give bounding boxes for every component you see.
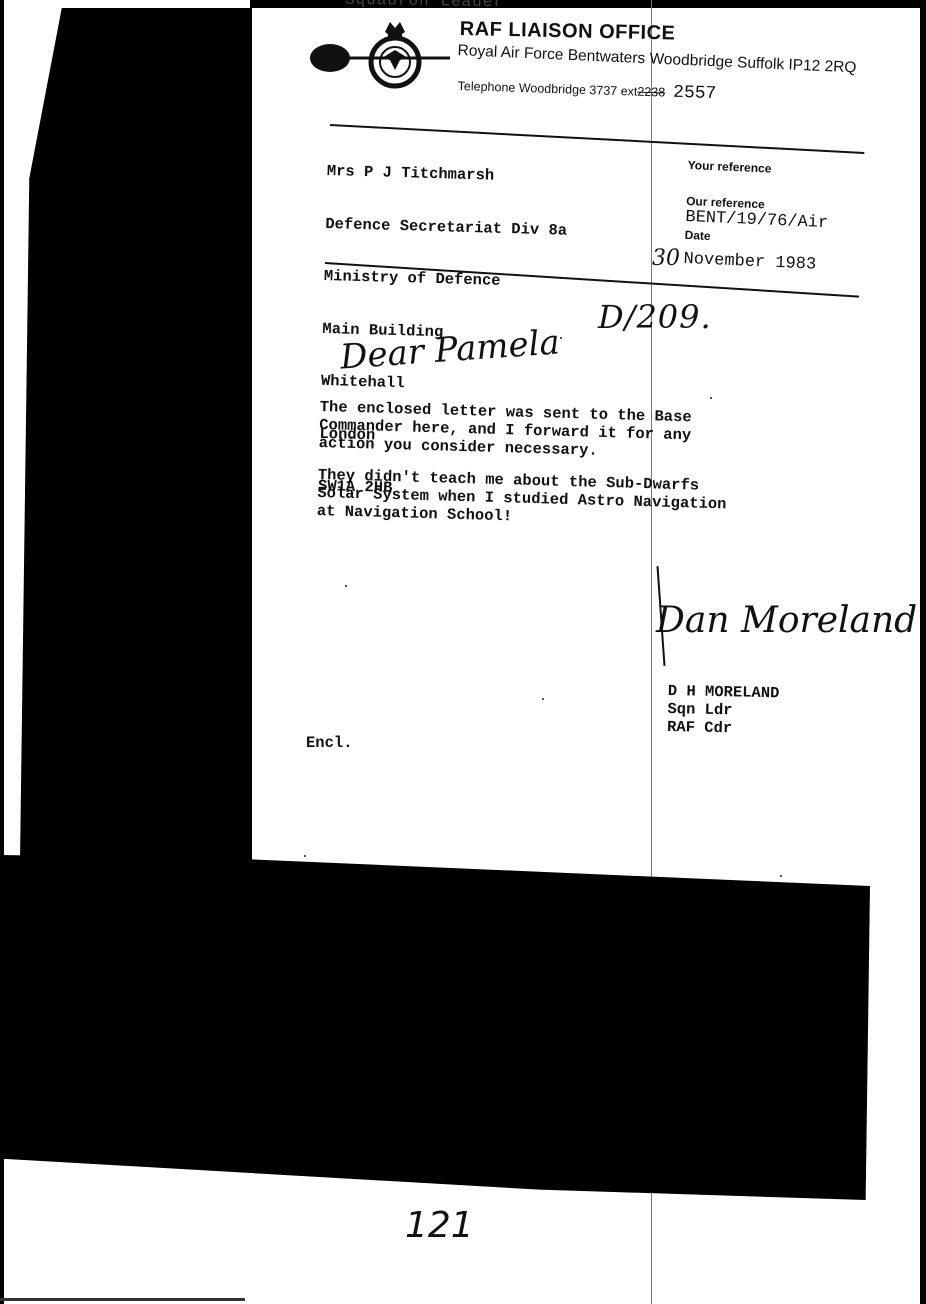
phone-ext-struck: 2238 <box>637 85 665 100</box>
scan-right-border <box>920 0 926 1304</box>
office-title: RAF LIAISON OFFICE <box>460 18 676 46</box>
scanned-letter-page: Squadron Leader RAF LIAISON OFFICE Royal… <box>0 0 926 1304</box>
body-paragraph: They didn't teach me about the Sub-Dwarf… <box>317 466 728 531</box>
office-phone: Telephone Woodbridge 3737 ext22382557 <box>457 76 716 104</box>
file-number-annotation: D/209. <box>598 298 712 336</box>
enclosure-note: Encl. <box>306 734 353 752</box>
addressee-line: Mrs P J Titchmarsh <box>327 163 569 187</box>
your-reference-label: Your reference <box>687 158 771 176</box>
scan-speckle <box>710 397 712 399</box>
scan-speckle <box>560 337 562 339</box>
phone-prefix: Telephone Woodbridge 3737 ext <box>457 79 637 99</box>
scan-speckle <box>345 585 347 587</box>
page-number-annotation: 121 <box>405 1205 474 1246</box>
phone-ext-handwritten: 2557 <box>673 83 717 104</box>
scan-speckle <box>542 698 544 700</box>
office-address: Royal Air Force Bentwaters Woodbridge Su… <box>457 42 857 77</box>
date-day-handwritten: 30 <box>652 246 680 271</box>
raf-crest-icon <box>290 10 460 90</box>
date-label: Date <box>684 228 711 243</box>
redaction-block-bottom <box>0 855 870 1200</box>
signatory-title: RAF Cdr <box>667 718 779 738</box>
letter-body: The enclosed letter was sent to the Base… <box>316 398 729 545</box>
scan-bottom-line <box>0 1298 245 1301</box>
scan-speckle <box>780 875 782 877</box>
addressee-line: Defence Secretariat Div 8a <box>325 215 567 239</box>
signature-handwritten: Dan Moreland <box>656 600 917 641</box>
signature-block: D H MORELAND Sqn Ldr RAF Cdr <box>667 682 780 738</box>
body-paragraph: The enclosed letter was sent to the Base… <box>318 398 729 463</box>
date-value: November 1983 <box>683 250 816 275</box>
signatory-rank: Sqn Ldr <box>667 700 779 720</box>
signatory-name: D H MORELAND <box>668 682 780 702</box>
scan-speckle <box>304 855 306 857</box>
redaction-block-left <box>20 8 252 860</box>
